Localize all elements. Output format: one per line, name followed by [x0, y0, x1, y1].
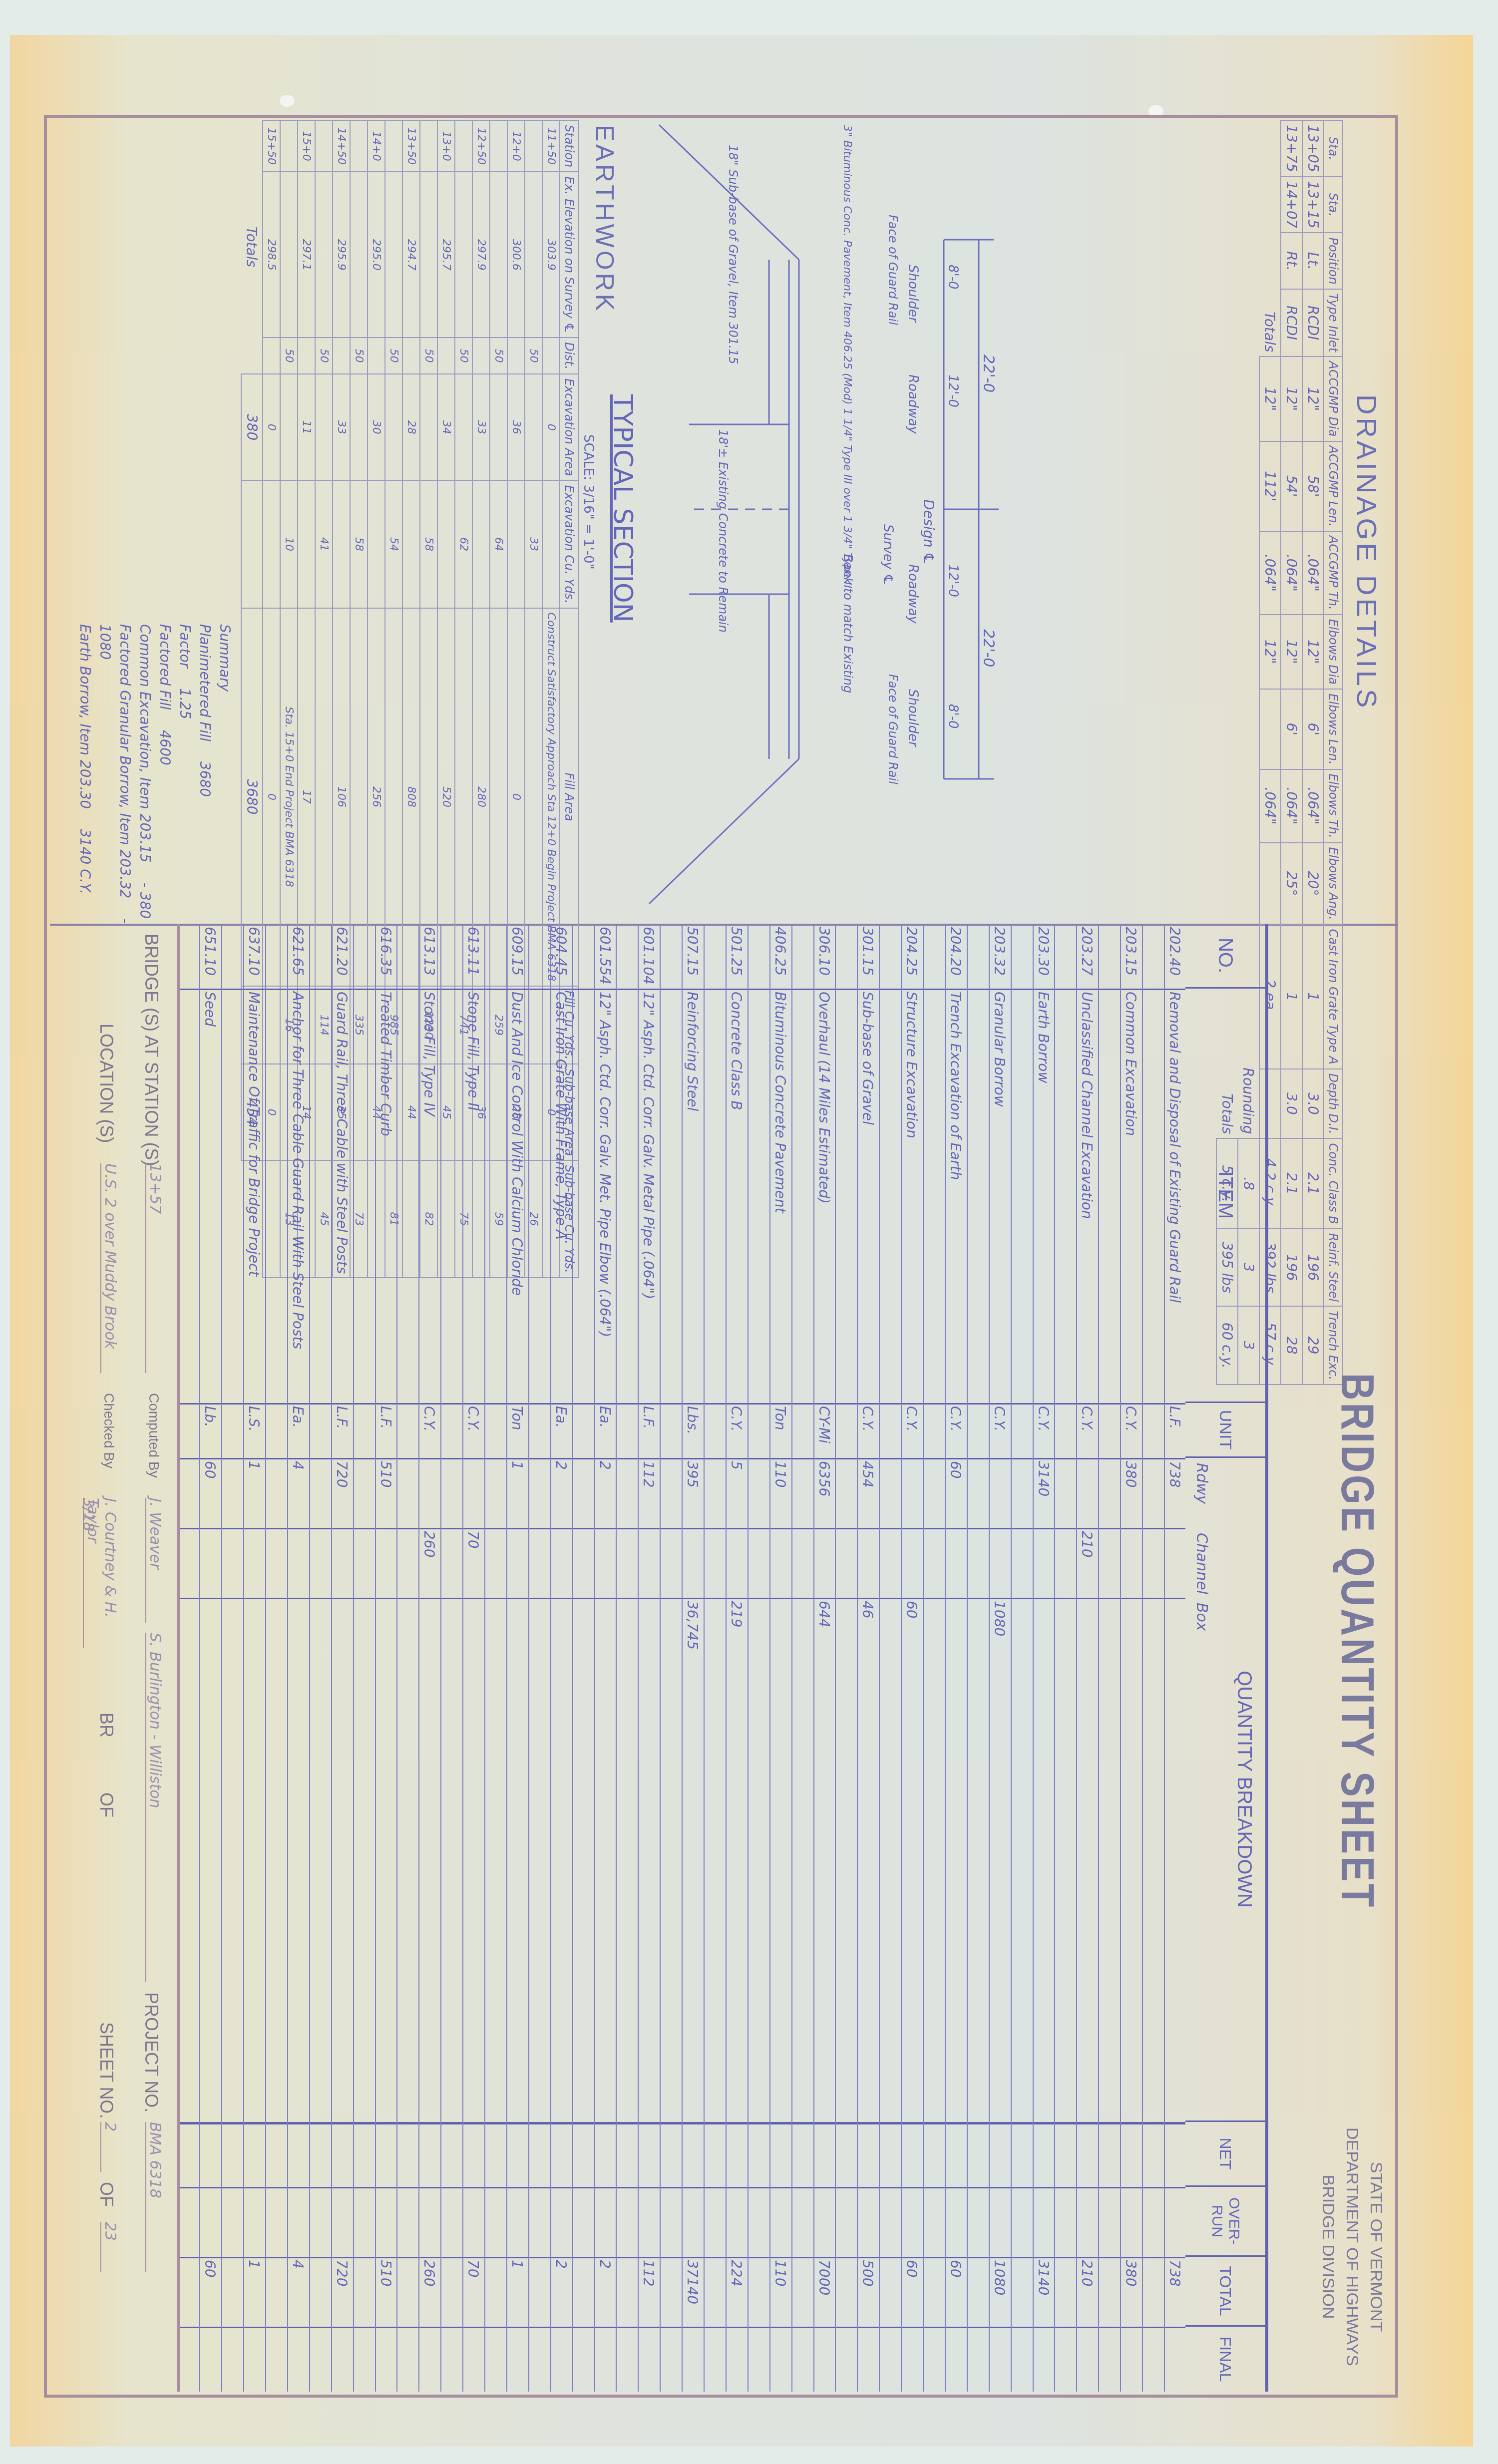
cell-rdwy: 5	[726, 1458, 747, 1528]
table-row: 651.10SeedLb.6060	[199, 924, 221, 2392]
table-row	[791, 924, 813, 2392]
cell: 303.9	[542, 172, 560, 338]
cell-channel	[594, 1528, 616, 1598]
earthwork-header: Dist.	[560, 338, 579, 374]
cell-box	[418, 1598, 440, 1698]
cell: 6'	[1281, 689, 1302, 769]
cell	[350, 374, 368, 481]
cell-unit: C.Y.	[1120, 1403, 1141, 1458]
cell: 50	[315, 338, 333, 374]
cell: 30	[368, 374, 385, 481]
drainage-header: Sta.	[1324, 177, 1343, 233]
cell	[542, 480, 560, 608]
shoulder-label: Shoulder	[905, 689, 920, 748]
cell: 62	[455, 480, 472, 608]
col-header-overrun: OVER-RUN	[1185, 2187, 1265, 2257]
cell-item: Sub-base of Gravel	[857, 989, 878, 1403]
cell	[455, 374, 472, 481]
summary-label: Factored Granular Borrow, Item 203.32	[117, 624, 133, 898]
table-row: 601.10412" Asph. Ctd. Corr. Galv. Metal …	[638, 924, 659, 2392]
table-row	[835, 924, 857, 2392]
scale-label: SCALE: 3/16" = 1'-0"	[581, 434, 596, 570]
cell-total: 60	[199, 2257, 221, 2327]
cell-no: 613.13	[418, 924, 440, 989]
cell-total: 3140	[1033, 2257, 1054, 2327]
cell-no: 203.30	[1033, 924, 1054, 989]
cell-rdwy	[418, 1458, 440, 1528]
cell: 12+0	[507, 120, 525, 172]
cell	[542, 338, 560, 374]
table-row	[353, 924, 374, 2392]
cell-rdwy: 4	[287, 1458, 309, 1528]
title-block: BRIDGE (S) AT STATION (S) 13+57 LOCATION…	[47, 924, 180, 2392]
cell-item: Granular Borrow	[989, 989, 1010, 1403]
cell-total: 110	[769, 2257, 791, 2327]
dim-label: 22'-0	[980, 629, 997, 667]
table-row: 621.20Guard Rail, Three Cable with Steel…	[331, 924, 353, 2392]
br-label: BR	[96, 1713, 117, 1738]
cell-total: 224	[726, 2257, 747, 2327]
cell-no: 609.15	[506, 924, 528, 989]
quantity-rows: 202.40Removal and Disposal of Existing G…	[177, 924, 1185, 2392]
cell: 36	[507, 374, 525, 481]
summary-line: Factored Granular Borrow, Item 203.32- 1…	[95, 624, 135, 924]
cell-channel	[1164, 1528, 1185, 1598]
cell: 12"	[1281, 356, 1302, 441]
cell: 12+50	[472, 120, 490, 172]
cell-channel	[1120, 1528, 1141, 1598]
cell-box	[945, 1598, 966, 1698]
cell-unit: L.F.	[331, 1403, 353, 1458]
cell	[333, 480, 350, 608]
of-label: OF	[96, 1792, 117, 1817]
cell-total: 1080	[989, 2257, 1010, 2327]
breakdown-sub-channel: Channel	[1193, 1533, 1210, 1594]
cell: 12"	[1302, 356, 1324, 441]
cell-no: 203.32	[989, 924, 1010, 989]
cell	[241, 480, 263, 608]
cell-no: 507.15	[682, 924, 703, 989]
cell: 58	[420, 480, 437, 608]
cell: 54'	[1281, 441, 1302, 531]
location-label: LOCATION (S)	[96, 1024, 117, 1143]
shoulder-label: Shoulder	[905, 265, 920, 324]
cell-unit: Ton	[769, 1403, 791, 1458]
cell: 14+0	[368, 120, 385, 172]
dim-label: 8'-0	[945, 265, 960, 290]
table-row: 203.30Earth BorrowC.Y.31403140	[1033, 924, 1054, 2392]
table-row	[967, 924, 988, 2392]
table-row	[616, 924, 638, 2392]
table-row: 609.15Dust And Ice Control With Calcium …	[506, 924, 528, 2392]
cell-item: Maintenance Of Traffic for Bridge Projec…	[243, 989, 265, 1403]
cell-rdwy: 380	[1120, 1458, 1141, 1528]
table-row: 637.10Maintenance Of Traffic for Bridge …	[243, 924, 265, 2392]
cell-rdwy: 510	[375, 1458, 396, 1528]
cell-unit: L.F.	[375, 1403, 396, 1458]
table-row: 501.25Concrete Class BC.Y.5219224	[726, 924, 747, 2392]
cell	[437, 338, 455, 374]
cell: 54	[385, 480, 402, 608]
cell-channel	[331, 1528, 353, 1598]
guard-rail-label: Face of Guard Rail	[886, 674, 900, 784]
cell-unit: C.Y.	[857, 1403, 878, 1458]
cell-unit: C.Y.	[901, 1403, 922, 1458]
cell	[368, 338, 385, 374]
cell	[1259, 843, 1281, 925]
cell-total: 260	[418, 2257, 440, 2327]
cell	[280, 374, 298, 481]
sheet-no-value: 2	[100, 2122, 119, 2172]
cell-channel	[506, 1528, 528, 1598]
station-label: BRIDGE (S) AT STATION (S)	[141, 934, 162, 1166]
cell: .064"	[1302, 531, 1324, 615]
typical-section-drawing: 22'-0 22'-0 Design ℄ 8'-0 Shoulder 12'-0…	[509, 115, 1009, 914]
cell-total: 510	[375, 2257, 396, 2327]
details-panel: DRAINAGE DETAILS Sta. Sta. Position Type…	[50, 115, 1398, 926]
cell-rdwy: 112	[638, 1458, 659, 1528]
cell-total: 1	[243, 2257, 265, 2327]
rotated-drawing: DRAINAGE DETAILS Sta. Sta. Position Type…	[10, 35, 1473, 2447]
earthwork-header: Excavation Area	[560, 374, 579, 481]
cell-no: 204.25	[901, 924, 922, 989]
cell: 0	[542, 374, 560, 481]
cell: 64	[490, 480, 507, 608]
cell-box	[331, 1598, 353, 1698]
cell-rdwy: 60	[199, 1458, 221, 1528]
cell: 300.6	[507, 172, 525, 338]
cell-channel	[1033, 1528, 1054, 1598]
pavement-label: 3" Bituminous Conc. Pavement, Item 406.2…	[841, 125, 853, 588]
table-row	[572, 924, 594, 2392]
summary-label: Factor	[177, 624, 193, 668]
earthwork-summary: Summary Planimetered Fill3680Factor1.25F…	[75, 624, 235, 924]
summary-value: - 380	[137, 883, 153, 919]
cell-total: 60	[901, 2257, 922, 2327]
cell-rdwy: 454	[857, 1458, 878, 1528]
cell	[420, 120, 437, 172]
cell-item: Common Excavation	[1120, 989, 1141, 1403]
dim-label: 12'-0	[945, 374, 960, 407]
cell-box: 60	[901, 1598, 922, 1698]
cell-channel	[769, 1528, 791, 1598]
cell-unit: Ea.	[550, 1403, 572, 1458]
cell: 50	[525, 338, 542, 374]
table-row: 301.15Sub-base of GravelC.Y.45446500	[857, 924, 878, 2392]
cell-no: 203.15	[1120, 924, 1141, 989]
cell-total: 380	[1120, 2257, 1141, 2327]
cell-unit: Lb.	[199, 1403, 221, 1458]
cell: 0	[263, 374, 280, 481]
design-centerline-label: Design ℄	[920, 499, 937, 565]
cell-rdwy: 1	[506, 1458, 528, 1528]
cell-item: Dust And Ice Control With Calcium Chlori…	[506, 989, 528, 1403]
cell	[472, 480, 490, 608]
cell: 11	[298, 374, 315, 481]
cell: 295.0	[368, 172, 385, 338]
cell-no: 621.20	[331, 924, 353, 989]
col-header-final: FINAL	[1185, 2327, 1265, 2392]
cell-total: 60	[945, 2257, 966, 2327]
cell-box: 644	[813, 1598, 835, 1698]
cell-item: Structure Excavation	[901, 989, 922, 1403]
cell-item: 12" Asph. Ctd. Corr. Galv. Metal Pipe (.…	[638, 989, 659, 1403]
table-row	[1011, 924, 1032, 2392]
cell-no: 306.10	[813, 924, 835, 989]
table-row	[704, 924, 725, 2392]
cell: 12"	[1281, 615, 1302, 689]
cell-rdwy: 395	[682, 1458, 703, 1528]
project-no-value: BMA 6318	[145, 2122, 164, 2272]
cell-unit: L.F.	[638, 1403, 659, 1458]
cell: RCDI	[1302, 289, 1324, 357]
roadway-label: Roadway	[905, 564, 920, 624]
agency-block: STATE OF VERMONT DEPARTMENT OF HIGHWAYS …	[1316, 2117, 1388, 2377]
cell-item: Bituminous Concrete Pavement	[769, 989, 791, 1403]
cell-item: Stone Fill, Type II	[462, 989, 484, 1403]
cell-rdwy: 1	[243, 1458, 265, 1528]
cell-no: 501.25	[726, 924, 747, 989]
cell: 50	[385, 338, 402, 374]
cell-box	[462, 1598, 484, 1698]
cell-rdwy: 738	[1164, 1458, 1185, 1528]
cell-channel	[638, 1528, 659, 1598]
cell	[385, 374, 402, 481]
department-name: DEPARTMENT OF HIGHWAYS	[1340, 2117, 1364, 2377]
table-row: 601.55412" Asph. Ctd. Corr. Galv. Met. P…	[594, 924, 616, 2392]
cell-channel	[813, 1528, 835, 1598]
drainage-header: Sta.	[1324, 120, 1343, 177]
summary-value: 3680	[197, 761, 213, 797]
cell	[315, 120, 333, 172]
cell	[507, 480, 525, 608]
cell-total: 112	[638, 2257, 659, 2327]
cell	[1259, 689, 1281, 769]
cell-box: 1080	[989, 1598, 1010, 1698]
cell	[525, 172, 542, 338]
cell: 14+50	[333, 120, 350, 172]
earthwork-title: EARTHWORK	[590, 125, 619, 314]
cell: Rt.	[1281, 233, 1302, 289]
cell	[420, 172, 437, 338]
cell: 11+50	[542, 120, 560, 172]
cell	[472, 338, 490, 374]
cell-no: 637.10	[243, 924, 265, 989]
cell-channel	[901, 1528, 922, 1598]
cell-item: Earth Borrow	[1033, 989, 1054, 1403]
table-row: 406.25Bituminous Concrete PavementTon110…	[769, 924, 791, 2392]
cell-box	[1120, 1598, 1141, 1698]
cell: 13+75	[1281, 120, 1302, 177]
cell	[402, 480, 420, 608]
table-row	[748, 924, 769, 2392]
cell: 34	[437, 374, 455, 481]
cell	[490, 120, 507, 172]
cell: 41	[315, 480, 333, 608]
drainage-title: DRAINAGE DETAILS	[1351, 394, 1383, 710]
computed-by-value: J. Weaver	[145, 1498, 164, 1623]
cell-box	[243, 1598, 265, 1698]
drainage-header: Elbows Len.	[1324, 689, 1343, 769]
col-header-net: NET	[1185, 2122, 1265, 2187]
cell	[315, 374, 333, 481]
cell: .064"	[1281, 531, 1302, 615]
summary-title: Summary	[215, 624, 235, 924]
table-row: 507.15Reinforcing SteelLbs.39536,7453714…	[682, 924, 703, 2392]
cell-total: 720	[331, 2257, 353, 2327]
cell-no: 651.10	[199, 924, 221, 989]
quantity-table: NO. ITEM UNIT QUANTITY BREAKDOWN Rdwy Ch…	[177, 924, 1268, 2392]
cell: 12"	[1302, 615, 1324, 689]
sheet-no-label: SHEET NO.	[96, 2022, 117, 2118]
cell	[525, 120, 542, 172]
cell-item: Reinforcing Steel	[682, 989, 703, 1403]
summary-value: 4600	[157, 730, 173, 765]
table-row	[528, 924, 550, 2392]
cell-unit: C.Y.	[945, 1403, 966, 1458]
cell	[490, 374, 507, 481]
cell: 50	[490, 338, 507, 374]
cell: 25°	[1281, 843, 1302, 925]
cell-item: Seed	[199, 989, 221, 1403]
cell-channel	[989, 1528, 1010, 1598]
cell-box	[375, 1598, 396, 1698]
table-row: 613.13Stone Fill, Type IVC.Y.260260	[418, 924, 440, 2392]
cell-box	[506, 1598, 528, 1698]
cell	[437, 480, 455, 608]
cell: 14+07	[1281, 177, 1302, 233]
summary-line: Planimetered Fill3680	[195, 624, 215, 924]
cell	[263, 338, 280, 374]
drainage-header: ACCGMP Dia	[1324, 356, 1343, 441]
cell-box	[550, 1598, 572, 1698]
cell: 294.7	[402, 172, 420, 338]
cell-no: 406.25	[769, 924, 791, 989]
summary-label: Earth Borrow, Item 203.30	[77, 624, 93, 809]
cell	[368, 480, 385, 608]
cell: 58	[350, 480, 368, 608]
cell-channel	[550, 1528, 572, 1598]
checked-date: 3/18	[79, 1498, 97, 1531]
table-row	[879, 924, 900, 2392]
sheet-title: BRIDGE QUANTITY SHEET	[1331, 1373, 1383, 1909]
cell-total: 2	[594, 2257, 616, 2327]
cell-channel	[375, 1528, 396, 1598]
sheet-header: BRIDGE QUANTITY SHEET STATE OF VERMONT D…	[1268, 924, 1398, 2392]
quantity-sheet: BRIDGE QUANTITY SHEET STATE OF VERMONT D…	[50, 924, 1398, 2392]
cell-no: 601.554	[594, 924, 616, 989]
computed-by-label: Computed By	[146, 1393, 162, 1478]
cell	[385, 120, 402, 172]
cell-item: Removal and Disposal of Existing Guard R…	[1164, 989, 1185, 1403]
cell-total: 7000	[813, 2257, 835, 2327]
earthwork-header: Station	[560, 120, 579, 172]
cell	[385, 172, 402, 338]
summary-label: Planimetered Fill	[197, 624, 213, 741]
table-row: 202.40Removal and Disposal of Existing G…	[1164, 924, 1185, 2392]
summary-line: Factored Fill4600	[155, 624, 175, 924]
cell-no: 204.20	[945, 924, 966, 989]
cell-box	[594, 1598, 616, 1698]
sheet-of-label: OF	[96, 2182, 117, 2207]
cell: 33	[333, 374, 350, 481]
drainage-header: ACCGMP Th.	[1324, 531, 1343, 615]
col-header-no: NO.	[1185, 924, 1265, 989]
cell-box: 219	[726, 1598, 747, 1698]
summary-line: Earth Borrow, Item 203.303140 C.Y.	[75, 624, 95, 924]
location-value: U.S. 2 over Muddy Brook	[100, 1163, 119, 1373]
cell-item: 12" Asph. Ctd. Corr. Galv. Met. Pipe Elb…	[594, 989, 616, 1403]
cell-unit: L.S.	[243, 1403, 265, 1458]
cell-unit: Ea.	[594, 1403, 616, 1458]
cell-item: Overhaul (14 Miles Estimated)	[813, 989, 835, 1403]
cell	[350, 120, 368, 172]
cell-rdwy	[462, 1458, 484, 1528]
table-row: 203.32Granular BorrowC.Y.10801080	[989, 924, 1010, 2392]
col-header-item: ITEM	[1185, 989, 1265, 1403]
cell-unit: C.Y.	[989, 1403, 1010, 1458]
division-name: BRIDGE DIVISION	[1316, 2117, 1340, 2377]
cell-channel	[945, 1528, 966, 1598]
cell-item: Concrete Class B	[726, 989, 747, 1403]
cell: 50	[350, 338, 368, 374]
cell-item: Unclassified Channel Excavation	[1076, 989, 1098, 1403]
cell-unit: Ea.	[287, 1403, 309, 1458]
cell-rdwy: 2	[594, 1458, 616, 1528]
drainage-header: Elbows Th.	[1324, 769, 1343, 843]
table-row	[178, 924, 199, 2392]
table-row	[440, 924, 462, 2392]
cell-channel	[243, 1528, 265, 1598]
summary-value: 1.25	[177, 688, 193, 719]
cell: 12"	[1259, 615, 1281, 689]
cell-rdwy: 720	[331, 1458, 353, 1528]
cell: 20°	[1302, 843, 1324, 925]
cell: 15+0	[298, 120, 315, 172]
state-name: STATE OF VERMONT	[1364, 2117, 1388, 2377]
cell-no: 604.45	[550, 924, 572, 989]
drainage-header: Type Inlet	[1324, 289, 1343, 357]
cell: 50	[280, 338, 298, 374]
sheet-of-value: 23	[100, 2222, 119, 2272]
drainage-header: ACCGMP Len.	[1324, 441, 1343, 531]
cell: .064"	[1281, 769, 1302, 843]
cell-unit: C.Y.	[1033, 1403, 1054, 1458]
cell-unit: C.Y.	[462, 1403, 484, 1458]
project-no-label: PROJECT NO.	[141, 1992, 162, 2112]
cell-channel: 210	[1076, 1528, 1098, 1598]
cell: Lt.	[1302, 233, 1324, 289]
col-header-total: TOTAL	[1185, 2257, 1265, 2327]
cell: 33	[472, 374, 490, 481]
table-row	[221, 924, 243, 2392]
station-value: 13+57	[145, 1163, 164, 1373]
table-row	[265, 924, 287, 2392]
table-row: 204.20Trench Excavation of EarthC.Y.6060	[945, 924, 966, 2392]
totals-label: Totals	[1259, 120, 1281, 356]
cell-unit: Lbs.	[682, 1403, 703, 1458]
dim-label: 8'-0	[945, 704, 960, 729]
cell: 13+15	[1302, 177, 1324, 233]
drainage-header: Elbows Ang.	[1324, 843, 1343, 925]
survey-centerline-label: Survey ℄	[880, 524, 895, 585]
cell-total: 70	[462, 2257, 484, 2327]
cell: 10	[280, 480, 298, 608]
cell-item: Treated Timber Curb	[375, 989, 396, 1403]
cell-total: 210	[1076, 2257, 1098, 2327]
cell-unit: Ton	[506, 1403, 528, 1458]
cell-rdwy: 60	[945, 1458, 966, 1528]
